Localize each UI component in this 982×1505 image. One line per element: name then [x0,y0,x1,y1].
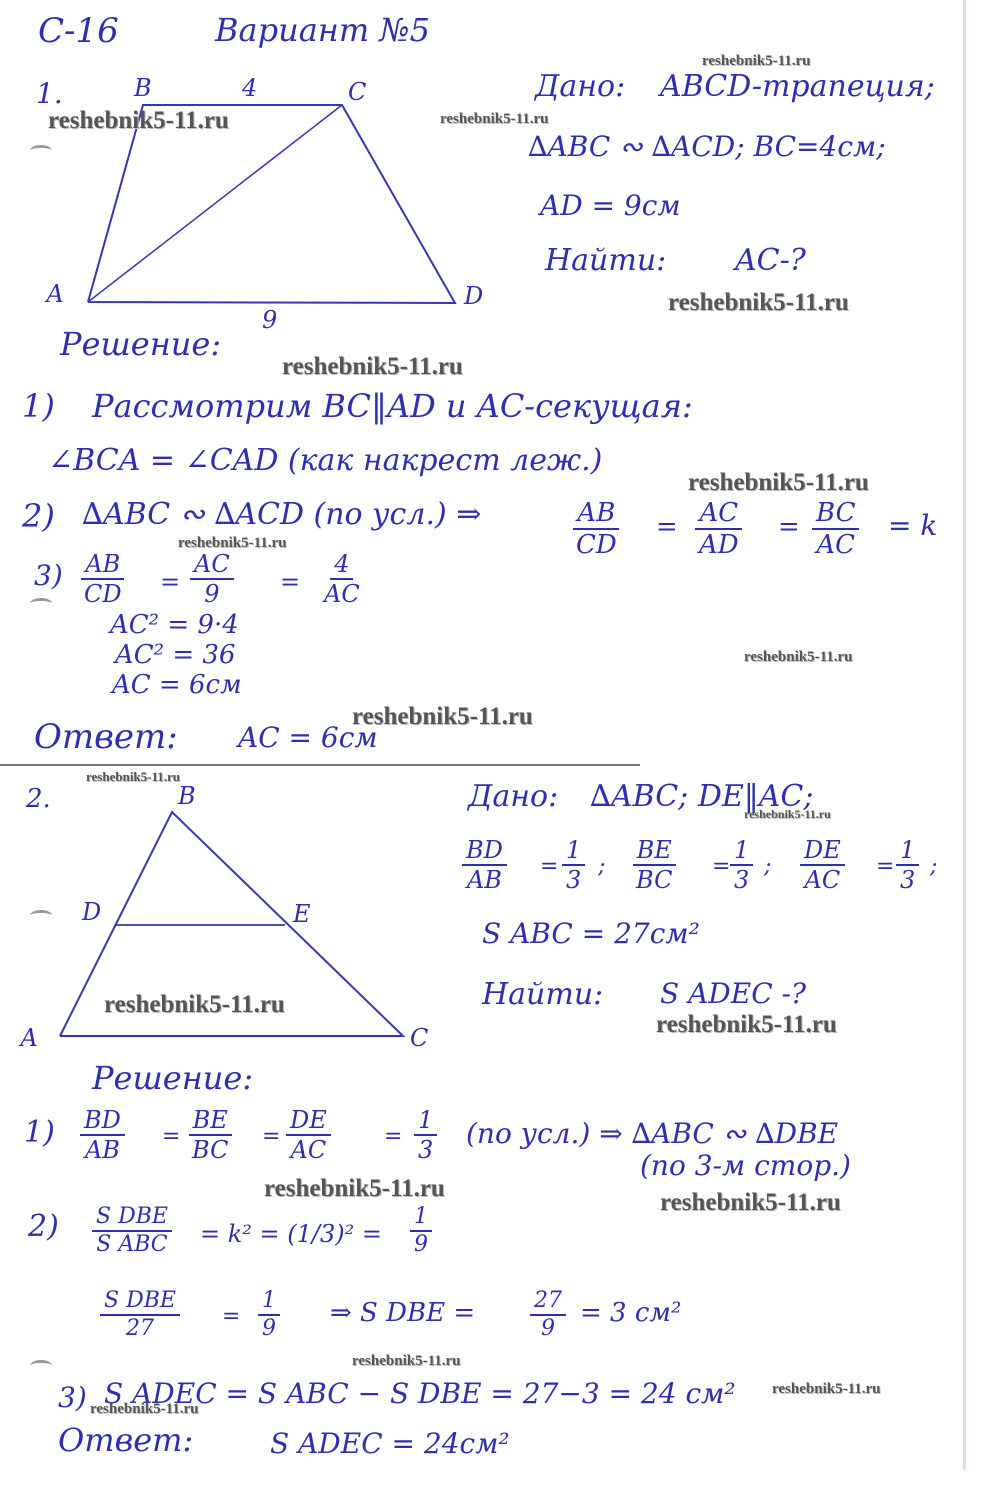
task2-solution-title: Решение: [92,1062,253,1094]
watermark: reshebnik5-11.ru [668,290,849,315]
calc-line: AC² = 36 [115,642,236,668]
watermark: reshebnik5-11.ru [48,108,229,133]
task1-step-text: ∆ABC ∾ ∆ACD (по усл.) ⇒ [82,500,481,530]
task1-given-title: Дано: [535,72,625,102]
label-D: D [82,900,101,924]
equals-k: = k [888,512,937,540]
fraction: ABCD [80,552,126,606]
fraction: AC9 [190,552,234,606]
equals-sign: = [262,1126,280,1148]
equals-sign: = [876,856,894,878]
equals-sign: = [712,856,730,878]
equals-sign: = [540,856,558,878]
label-A: А [20,1026,38,1050]
watermark: reshebnik5-11.ru [772,1382,881,1397]
task2-given-title: Дано: [468,782,558,812]
equals-sign: = [222,1306,240,1328]
task2-find: S ADEC -? [660,980,806,1008]
equals-sign: = [384,1126,402,1148]
equals-sign: = [656,514,678,540]
task1-answer: AC = 6см [238,724,378,752]
label-top-length: 4 [242,76,257,100]
fraction: BDAB [80,1108,125,1162]
fraction: 19 [410,1206,432,1256]
task1-solution-title: Решение: [60,328,221,360]
task2-answer-title: Ответ: [58,1424,193,1456]
notebook-page: С-16 Вариант №5 1. B 4 C А D 9 reshebnik… [0,0,982,1505]
fraction: 279 [530,1290,566,1340]
watermark: reshebnik5-11.ru [90,1402,199,1417]
fraction: DEAC [800,838,845,892]
task2-step2-implies: ⇒ S DBE = [330,1300,475,1326]
label-B: B [134,76,152,100]
task1-answer-title: Ответ: [34,720,178,754]
fraction: S DBE27 [100,1290,180,1340]
fraction: DEAC [286,1108,331,1162]
equals-sign: = [778,514,800,540]
task2-step2-mid: = k² = (1/3)² = [200,1222,382,1246]
watermark: reshebnik5-11.ru [744,650,853,665]
calc-line: AC² = 9·4 [110,612,239,638]
fraction: S DBES ABC [92,1206,172,1256]
task2-step1-tail2: (по 3-м стор.) [640,1152,851,1180]
task2-answer: S ADEC = 24см² [270,1430,510,1458]
fraction: BDAB [462,838,507,892]
watermark: reshebnik5-11.ru [352,1354,461,1369]
task1-given-line: ABCD-трапеция; [660,72,935,102]
watermark: reshebnik5-11.ru [86,770,180,783]
fraction: 4AC [320,552,364,606]
watermark: reshebnik5-11.ru [702,54,811,69]
separator: ; [764,856,771,878]
watermark: reshebnik5-11.ru [440,112,549,127]
label-A: А [46,282,64,306]
watermark: reshebnik5-11.ru [688,470,869,495]
calc-line: AC = 6см [112,672,242,698]
task2-step-number: 1) [24,1118,55,1148]
equals-sign: = [280,570,300,594]
label-B: B [178,784,196,808]
label-bottom-length: 9 [262,308,277,332]
equals-sign: = [162,1126,180,1148]
fraction: ACAD [695,500,743,558]
label-C: C [410,1026,428,1050]
watermark: reshebnik5-11.ru [660,1190,841,1215]
task1-step-number: 1) [22,390,55,422]
task2-step-number: 3) [58,1384,87,1412]
separator: ; [598,856,605,878]
fraction: 13 [414,1108,437,1162]
watermark: reshebnik5-11.ru [178,536,287,551]
watermark: reshebnik5-11.ru [104,992,285,1017]
separator: ; [930,856,937,878]
task1-find: AC-? [735,246,806,276]
label-E: E [293,902,311,926]
watermark: reshebnik5-11.ru [352,704,533,729]
fraction: BEBC [188,1108,232,1162]
fraction: 13 [562,838,585,892]
watermark: reshebnik5-11.ru [282,354,463,379]
task1-given-line: ∆ABC ∾ ∆ACD; BC=4см; [528,133,886,161]
task2-step-number: 2) [28,1212,59,1242]
task2-step2-result: = 3 см² [580,1300,681,1326]
equals-sign: = [160,570,180,594]
fraction: 19 [258,1290,280,1340]
task1-find-title: Найти: [545,246,666,276]
task2-given-area: S ABC = 27см² [482,920,700,948]
label-C: C [348,80,366,104]
fraction: BEBC [632,838,676,892]
fraction: ABCD [572,500,621,558]
watermark: reshebnik5-11.ru [656,1012,837,1037]
fraction: 13 [730,838,753,892]
fraction: BCAC [812,500,859,558]
task1-given-line: AD = 9см [540,192,681,220]
task1-step-text: Рассмотрим BC‖AD и AC-секущая: [92,390,693,422]
section-divider [0,764,640,766]
task2-find-title: Найти: [482,980,603,1010]
task1-step-number: 3) [34,562,63,590]
task2-number: 2. [26,786,51,812]
fraction: 13 [896,838,919,892]
watermark: reshebnik5-11.ru [744,808,831,820]
watermark: reshebnik5-11.ru [264,1176,445,1201]
task1-step-text: ∠BCA = ∠CAD (как накрест леж.) [48,446,602,476]
label-D: D [464,284,483,308]
task1-step-number: 2) [22,500,55,532]
task2-step1-tail: (по усл.) ⇒ ∆ABC ∾ ∆DBE [466,1120,838,1148]
